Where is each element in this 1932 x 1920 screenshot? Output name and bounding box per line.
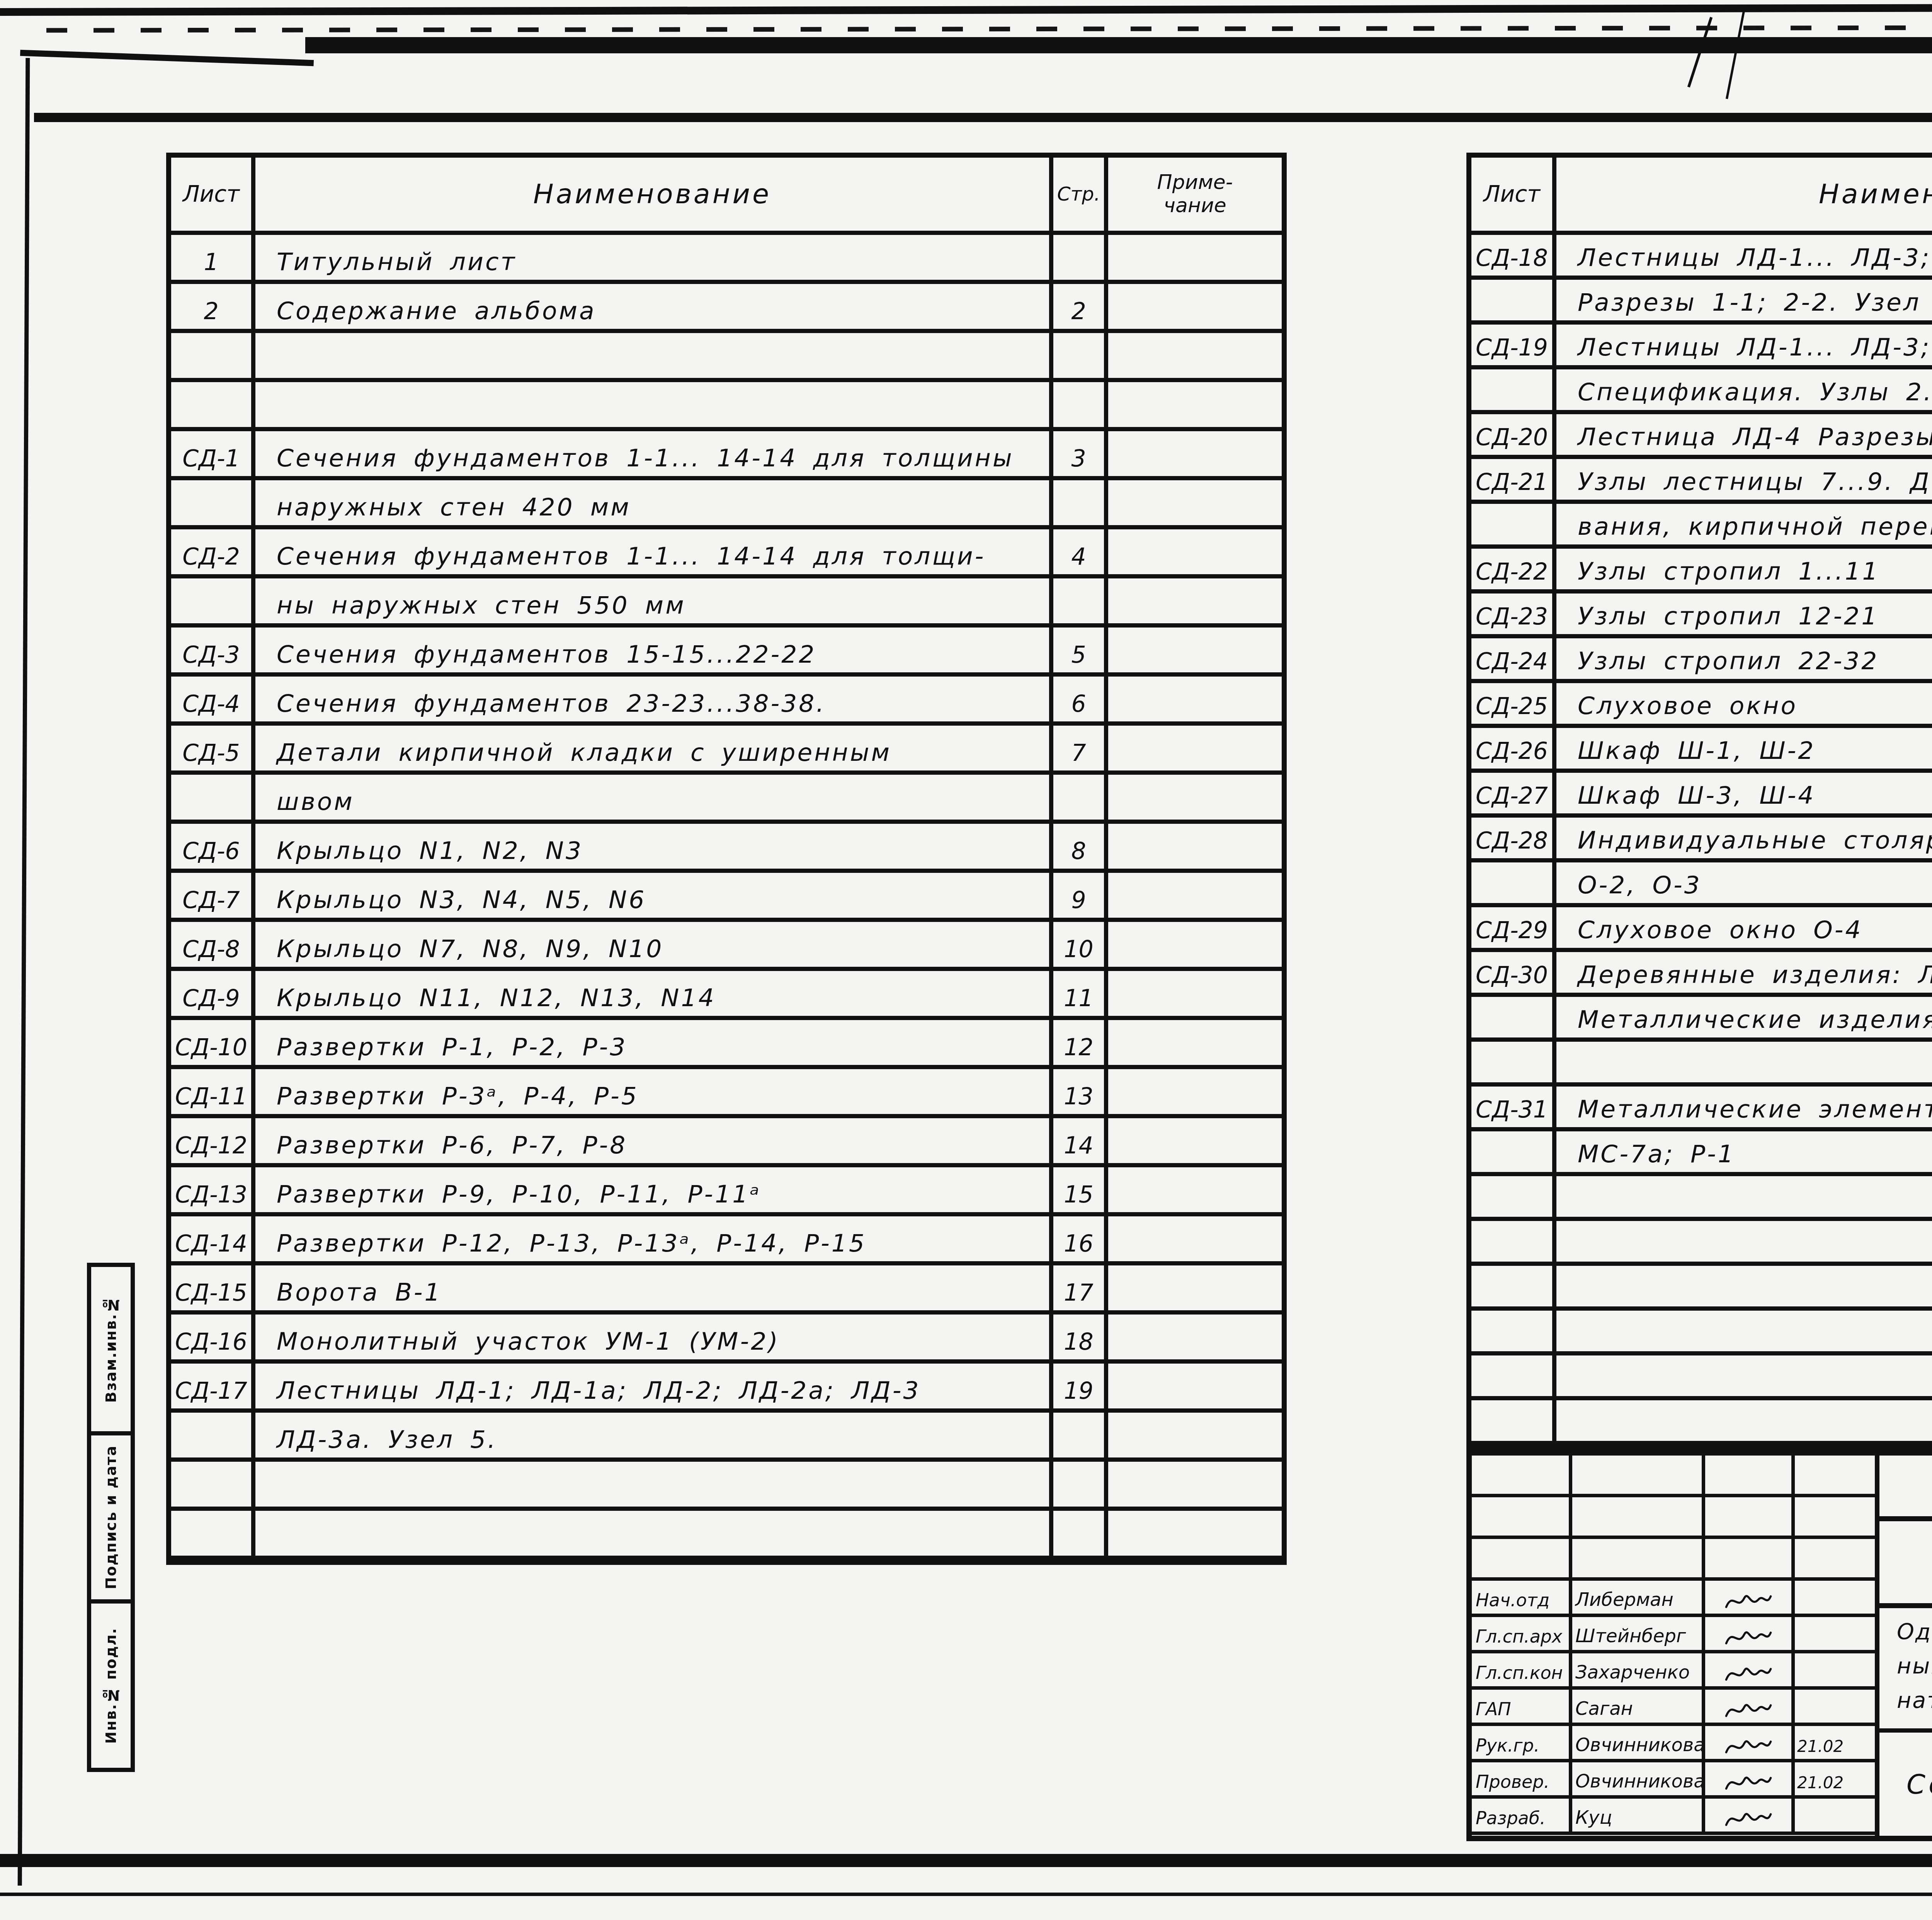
row-sheet-cell: СД-17	[171, 1364, 255, 1413]
margin-label: Взам.инв.№	[102, 1296, 119, 1403]
row-sheet-cell	[171, 382, 255, 431]
signature-scribble-cell	[1705, 1762, 1795, 1799]
document-number-strip: 184-24-251.13.87 СД	[1879, 1456, 1932, 1521]
row-name-cell: Детали кирпичной кладки с уширенным	[255, 726, 1053, 775]
row-page-cell	[1053, 1413, 1108, 1462]
row-sheet-cell	[171, 480, 255, 529]
row-note-cell	[1108, 971, 1282, 1020]
contents-table-right: Лист Наименование Стр. Приме- чание СД-1…	[1466, 153, 1932, 1450]
row-sheet-cell	[171, 333, 255, 382]
row-page-cell: 14	[1053, 1118, 1108, 1167]
row-page-cell: 9	[1053, 873, 1108, 922]
row-page-cell: 3	[1053, 431, 1108, 480]
row-note-cell	[1108, 1020, 1282, 1069]
row-name-cell	[1556, 1042, 1932, 1087]
row-sheet-cell	[1471, 862, 1556, 907]
row-page-cell: 6	[1053, 677, 1108, 726]
row-sheet-cell: СД-19	[1471, 325, 1556, 369]
row-sheet-cell	[171, 1511, 255, 1560]
row-sheet-cell: СД-16	[171, 1315, 255, 1364]
signature-role-cell	[1472, 1539, 1572, 1581]
row-page-cell	[1053, 1462, 1108, 1511]
row-sheet-cell	[1471, 504, 1556, 549]
row-name-cell: ЛД-3а. Узел 5.	[255, 1413, 1053, 1462]
row-note-cell	[1108, 824, 1282, 873]
row-note-cell	[1108, 1265, 1282, 1315]
row-page-cell: 13	[1053, 1069, 1108, 1118]
row-sheet-cell: СД-18	[1471, 235, 1556, 280]
row-sheet-cell: СД-31	[1471, 1087, 1556, 1131]
title-block-right: 184-24-251.13.87 СД Одноквартирный одноэ…	[1879, 1456, 1932, 1836]
row-sheet-cell: СД-5	[171, 726, 255, 775]
row-page-cell	[1053, 382, 1108, 431]
row-page-cell	[1053, 333, 1108, 382]
row-page-cell: 15	[1053, 1167, 1108, 1216]
row-note-cell	[1108, 1413, 1282, 1462]
row-sheet-cell	[1471, 369, 1556, 414]
row-note-cell	[1108, 726, 1282, 775]
signature-date-cell: 21.02	[1795, 1762, 1875, 1799]
document-number: 184-24-251.13.87	[1879, 1467, 1932, 1505]
contents-table-left: Лист Наименование Стр. Приме- чание 1 Ти…	[166, 153, 1287, 1565]
row-note-cell	[1108, 1069, 1282, 1118]
row-sheet-cell: СД-20	[1471, 414, 1556, 459]
signature-date-cell	[1795, 1581, 1875, 1617]
row-sheet-cell: 1	[171, 235, 255, 284]
signature-date-cell	[1795, 1690, 1875, 1726]
signature-date-cell	[1795, 1799, 1875, 1835]
row-sheet-cell	[1471, 1266, 1556, 1311]
row-name-cell: Развертки Р-1, Р-2, Р-3	[255, 1020, 1053, 1069]
torn-paper-edge	[0, 3, 1932, 16]
row-page-cell: 7	[1053, 726, 1108, 775]
row-note-cell	[1108, 775, 1282, 824]
row-page-cell: 8	[1053, 824, 1108, 873]
row-sheet-cell: СД-11	[171, 1069, 255, 1118]
row-note-cell	[1108, 1364, 1282, 1413]
row-sheet-cell	[1471, 1400, 1556, 1445]
signature-role-cell: ГАП	[1472, 1690, 1572, 1726]
row-name-cell: вания, кирпичной перегородки толщ. 65мм	[1556, 504, 1932, 549]
row-sheet-cell: СД-6	[171, 824, 255, 873]
signature-scribble-icon	[1716, 1589, 1781, 1614]
row-name-cell: Деревянные изделия: ЛС-1, Щ-1, СЩ-1;	[1556, 952, 1932, 997]
row-sheet-cell	[1471, 997, 1556, 1042]
row-page-cell	[1053, 775, 1108, 824]
column-header-name: Наименование	[1556, 158, 1932, 235]
row-sheet-cell	[1471, 1221, 1556, 1266]
signature-role-cell: Гл.сп.кон	[1472, 1653, 1572, 1690]
row-page-cell: 2	[1053, 284, 1108, 333]
signature-date-cell	[1795, 1653, 1875, 1690]
signature-scribble-cell	[1705, 1799, 1795, 1835]
row-name-cell: Развертки Р-3ᵃ, Р-4, Р-5	[255, 1069, 1053, 1118]
signature-scribble-cell	[1705, 1726, 1795, 1762]
row-page-cell: 5	[1053, 628, 1108, 677]
signature-name-cell: Овчинникова	[1572, 1726, 1705, 1762]
row-page-cell: 11	[1053, 971, 1108, 1020]
column-header-page: Стр.	[1053, 158, 1108, 235]
row-sheet-cell: СД-23	[1471, 594, 1556, 638]
row-name-cell: Развертки Р-6, Р-7, Р-8	[255, 1118, 1053, 1167]
row-name-cell: Крыльцо N3, N4, N5, N6	[255, 873, 1053, 922]
row-page-cell	[1053, 1511, 1108, 1560]
row-page-cell: 12	[1053, 1020, 1108, 1069]
row-sheet-cell: СД-30	[1471, 952, 1556, 997]
row-note-cell	[1108, 235, 1282, 284]
row-note-cell	[1108, 480, 1282, 529]
column-header-name: Наименование	[255, 158, 1053, 235]
signature-date-cell: 21.02	[1795, 1726, 1875, 1762]
torn-paper-edge-2	[305, 37, 1932, 53]
signature-name-cell: Овчинникова	[1572, 1762, 1705, 1799]
row-sheet-cell	[171, 578, 255, 628]
row-name-cell: Титульный лист	[255, 235, 1053, 284]
row-note-cell	[1108, 529, 1282, 578]
sheet-frame-bottom	[0, 1854, 1932, 1867]
row-sheet-cell: СД-21	[1471, 459, 1556, 504]
row-page-cell: 18	[1053, 1315, 1108, 1364]
row-name-cell	[255, 1462, 1053, 1511]
row-name-cell: Узлы стропил 12-21	[1556, 594, 1932, 638]
row-name-cell: Лестницы ЛД-1... ЛД-3; ЛД-1а... ЛД-3а	[1556, 235, 1932, 280]
signature-name-cell: Саган	[1572, 1690, 1705, 1726]
torn-paper-edge-slope	[20, 50, 314, 66]
column-header-sheet: Лист	[171, 158, 255, 235]
signature-role-cell: Рук.гр.	[1472, 1726, 1572, 1762]
title-block-main: Одноквартирный одноэтаж- ный жилой дом с…	[1879, 1608, 1932, 1836]
signature-date-cell	[1795, 1539, 1875, 1581]
scanned-drawing-sheet: 2 Взам.инв.№ Подпись и дата Инв.№ подл. …	[0, 0, 1932, 1920]
row-name-cell: Узлы стропил 1...11	[1556, 549, 1932, 594]
signature-scribble-cell	[1705, 1497, 1795, 1539]
row-note-cell	[1108, 1462, 1282, 1511]
row-name-cell: Монолитный участок УМ-1 (УМ-2)	[255, 1315, 1053, 1364]
row-note-cell	[1108, 333, 1282, 382]
signature-scribble-cell	[1705, 1581, 1795, 1617]
row-sheet-cell	[1471, 1311, 1556, 1355]
row-name-cell: Сечения фундаментов 1-1... 14-14 для тол…	[255, 529, 1053, 578]
row-sheet-cell: СД-1	[171, 431, 255, 480]
row-sheet-cell	[171, 775, 255, 824]
row-sheet-cell: СД-12	[171, 1118, 255, 1167]
row-note-cell	[1108, 382, 1282, 431]
row-name-cell	[255, 1511, 1053, 1560]
signature-scribble-icon	[1716, 1770, 1781, 1795]
row-note-cell	[1108, 677, 1282, 726]
row-name-cell: Шкаф Ш-1, Ш-2	[1556, 728, 1932, 773]
row-note-cell	[1108, 431, 1282, 480]
row-name-cell: Узлы лестницы 7...9. Деталь армиро-	[1556, 459, 1932, 504]
column-header-sheet: Лист	[1471, 158, 1556, 235]
scan-edge-bottom	[0, 1893, 1932, 1896]
signature-scribble-icon	[1716, 1625, 1781, 1650]
row-name-cell: Лестницы ЛД-1... ЛД-3; ЛД-1а... ЛД-3а	[1556, 325, 1932, 369]
row-sheet-cell: СД-7	[171, 873, 255, 922]
row-sheet-cell	[1471, 280, 1556, 325]
row-name-cell: Лестницы ЛД-1; ЛД-1а; ЛД-2; ЛД-2а; ЛД-3	[255, 1364, 1053, 1413]
row-sheet-cell: СД-25	[1471, 683, 1556, 728]
signature-scribble-cell	[1705, 1456, 1795, 1497]
row-name-cell: Индивидуальные столярные изделия О-1,	[1556, 818, 1932, 862]
row-note-cell	[1108, 922, 1282, 971]
signature-scribble-icon	[1716, 1662, 1781, 1686]
row-sheet-cell	[1471, 1355, 1556, 1400]
signature-date-cell	[1795, 1617, 1875, 1653]
row-name-cell	[1556, 1176, 1932, 1221]
signature-scribble-cell	[1705, 1617, 1795, 1653]
row-sheet-cell: СД-8	[171, 922, 255, 971]
row-sheet-cell	[171, 1462, 255, 1511]
signature-scribble-icon	[1716, 1734, 1781, 1759]
signature-role-cell: Провер.	[1472, 1762, 1572, 1799]
row-sheet-cell: 2	[171, 284, 255, 333]
row-name-cell	[1556, 1221, 1932, 1266]
title-block-empty-band	[1879, 1521, 1932, 1608]
sheet-frame-left	[18, 58, 30, 1886]
title-block: Нач.отд Либерман Гл.сп.арх Штейнберг Гл.…	[1466, 1450, 1932, 1841]
row-page-cell: 16	[1053, 1216, 1108, 1265]
signature-scribble-cell	[1705, 1653, 1795, 1690]
row-sheet-cell: СД-29	[1471, 907, 1556, 952]
row-page-cell	[1053, 578, 1108, 628]
left-margin-strip: Взам.инв.№ Подпись и дата Инв.№ подл.	[87, 1263, 135, 1772]
row-sheet-cell: СД-9	[171, 971, 255, 1020]
sheet-title: Содержание альбома	[1879, 1733, 1932, 1836]
row-name-cell: О-2, О-3	[1556, 862, 1932, 907]
signature-scribble-icon	[1716, 1807, 1781, 1832]
signature-name-cell	[1572, 1456, 1705, 1497]
margin-label: Инв.№ подл.	[102, 1627, 119, 1744]
row-name-cell	[1556, 1400, 1932, 1445]
row-name-cell: Развертки Р-12, Р-13, Р-13ᵃ, Р-14, Р-15	[255, 1216, 1053, 1265]
row-name-cell: Металлические элементы: КР-1, МС-1÷МС-7,	[1556, 1087, 1932, 1131]
row-sheet-cell: СД-13	[171, 1167, 255, 1216]
signature-date-cell	[1795, 1456, 1875, 1497]
row-name-cell: наружных стен 420 мм	[255, 480, 1053, 529]
row-name-cell: Крыльцо N7, N8, N9, N10	[255, 922, 1053, 971]
row-name-cell	[1556, 1266, 1932, 1311]
row-sheet-cell	[1471, 1042, 1556, 1087]
row-sheet-cell: СД-15	[171, 1265, 255, 1315]
signature-role-cell	[1472, 1456, 1572, 1497]
row-page-cell: 19	[1053, 1364, 1108, 1413]
row-note-cell	[1108, 628, 1282, 677]
row-sheet-cell: СД-4	[171, 677, 255, 726]
signature-name-cell: Захарченко	[1572, 1653, 1705, 1690]
row-sheet-cell	[171, 1413, 255, 1462]
signature-name-cell	[1572, 1539, 1705, 1581]
signature-name-cell	[1572, 1497, 1705, 1539]
row-page-cell: 10	[1053, 922, 1108, 971]
column-header-note: Приме- чание	[1108, 158, 1282, 235]
signature-name-cell: Либерман	[1572, 1581, 1705, 1617]
project-description-column: Одноквартирный одноэтаж- ный жилой дом с…	[1879, 1608, 1932, 1836]
row-name-cell: ны наружных стен 550 мм	[255, 578, 1053, 628]
row-sheet-cell: СД-14	[171, 1216, 255, 1265]
signature-date-cell	[1795, 1497, 1875, 1539]
margin-cell-inv: Инв.№ подл.	[87, 1604, 135, 1772]
row-name-cell: МС-7а; Р-1	[1556, 1131, 1932, 1176]
row-note-cell	[1108, 284, 1282, 333]
signature-role-cell: Разраб.	[1472, 1799, 1572, 1835]
row-name-cell: Металлические изделия: ВР-1, МС-8.	[1556, 997, 1932, 1042]
row-name-cell: Ворота В-1	[255, 1265, 1053, 1315]
signature-role-cell: Гл.сп.арх	[1472, 1617, 1572, 1653]
row-note-cell	[1108, 873, 1282, 922]
row-sheet-cell: СД-28	[1471, 818, 1556, 862]
perforation-dashes	[46, 24, 1932, 32]
title-block-signature-grid: Нач.отд Либерман Гл.сп.арх Штейнберг Гл.…	[1472, 1456, 1879, 1836]
row-sheet-cell: СД-22	[1471, 549, 1556, 594]
row-name-cell: Содержание альбома	[255, 284, 1053, 333]
sheet-frame-top	[34, 113, 1932, 122]
row-sheet-cell: СД-2	[171, 529, 255, 578]
row-page-cell	[1053, 235, 1108, 284]
row-note-cell	[1108, 1167, 1282, 1216]
signature-scribble-icon	[1716, 1698, 1781, 1723]
row-name-cell: Узлы стропил 22-32	[1556, 638, 1932, 683]
row-name-cell: Спецификация. Узлы 2...4.	[1556, 369, 1932, 414]
row-name-cell	[255, 382, 1053, 431]
row-note-cell	[1108, 1511, 1282, 1560]
row-page-cell	[1053, 480, 1108, 529]
row-sheet-cell: СД-27	[1471, 773, 1556, 818]
row-name-cell	[1556, 1355, 1932, 1400]
row-name-cell: швом	[255, 775, 1053, 824]
signature-scribble-cell	[1705, 1690, 1795, 1726]
row-name-cell: Сечения фундаментов 1-1... 14-14 для тол…	[255, 431, 1053, 480]
row-name-cell	[255, 333, 1053, 382]
row-page-cell: 4	[1053, 529, 1108, 578]
row-sheet-cell: СД-26	[1471, 728, 1556, 773]
signature-role-cell: Нач.отд	[1472, 1581, 1572, 1617]
signature-scribble-cell	[1705, 1539, 1795, 1581]
row-name-cell: Сечения фундаментов 23-23...38-38.	[255, 677, 1053, 726]
row-sheet-cell	[1471, 1131, 1556, 1176]
margin-label: Подпись и дата	[102, 1445, 119, 1589]
row-page-cell: 17	[1053, 1265, 1108, 1315]
row-name-cell: Слуховое окно О-4	[1556, 907, 1932, 952]
row-name-cell: Шкаф Ш-3, Ш-4	[1556, 773, 1932, 818]
row-name-cell: Развертки Р-9, Р-10, Р-11, Р-11ᵃ	[255, 1167, 1053, 1216]
row-name-cell	[1556, 1311, 1932, 1355]
signature-name-cell: Штейнберг	[1572, 1617, 1705, 1653]
margin-cell-podpis: Подпись и дата	[87, 1435, 135, 1604]
row-name-cell: Слуховое окно	[1556, 683, 1932, 728]
row-name-cell: Лестница ЛД-4 Разрезы 1-1, 2-2. Узел 1, …	[1556, 414, 1932, 459]
row-note-cell	[1108, 578, 1282, 628]
pen-scratch-mark-2	[1726, 11, 1745, 99]
row-name-cell: Разрезы 1-1; 2-2. Узел 1.	[1556, 280, 1932, 325]
row-note-cell	[1108, 1216, 1282, 1265]
row-name-cell: Крыльцо N1, N2, N3	[255, 824, 1053, 873]
row-sheet-cell: СД-24	[1471, 638, 1556, 683]
row-name-cell: Сечения фундаментов 15-15...22-22	[255, 628, 1053, 677]
row-sheet-cell: СД-3	[171, 628, 255, 677]
row-sheet-cell: СД-10	[171, 1020, 255, 1069]
row-name-cell: Крыльцо N11, N12, N13, N14	[255, 971, 1053, 1020]
signature-name-cell: Куц	[1572, 1799, 1705, 1835]
project-description: Одноквартирный одноэтаж- ный жилой дом с…	[1879, 1608, 1932, 1733]
row-sheet-cell	[1471, 1176, 1556, 1221]
row-note-cell	[1108, 1315, 1282, 1364]
signature-role-cell	[1472, 1497, 1572, 1539]
row-note-cell	[1108, 1118, 1282, 1167]
margin-cell-vzam: Взам.инв.№	[87, 1263, 135, 1435]
